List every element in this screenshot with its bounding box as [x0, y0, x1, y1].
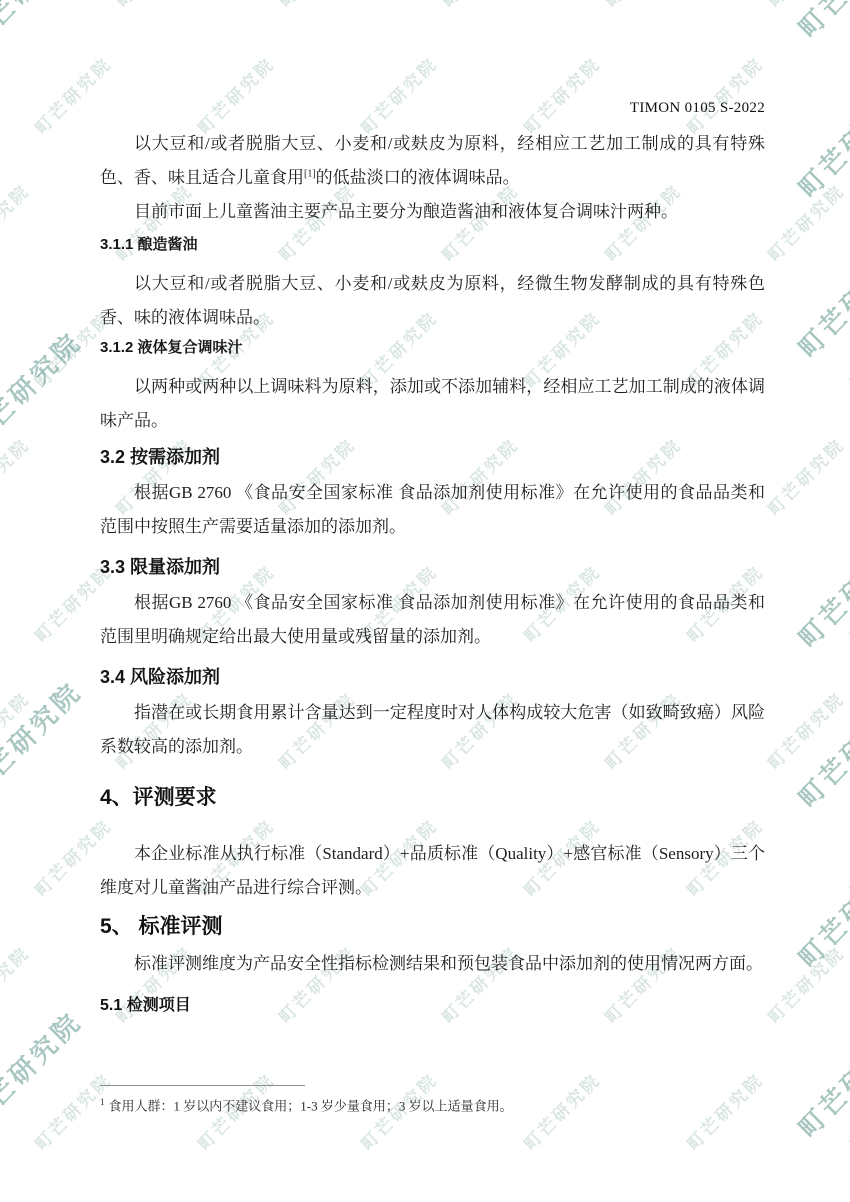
heading-5: 5、 标准评测	[100, 912, 765, 942]
watermark-text: 町芒研究院	[598, 0, 686, 12]
watermark-text: 町芒研究院	[272, 0, 360, 12]
heading-5-1: 5.1 检测项目	[100, 995, 765, 1017]
paragraph-4: 本企业标准从执行标准（Standard）+品质标准（Quality）+感官标准（…	[100, 837, 765, 905]
footnote: 1食用人群：1 岁以内不建议食用；1-3 岁少量食用；3 岁以上适量食用。	[100, 1092, 765, 1116]
heading-4: 4、评测要求	[100, 783, 765, 813]
intro-paragraph: 以大豆和/或者脱脂大豆、小麦和/或麸皮为原料，经相应工艺加工制成的具有特殊色、香…	[100, 127, 765, 195]
paragraph-3-4: 指潜在或长期食用累计含量达到一定程度时对人体构成较大危害（如致畸致癌）风险系数较…	[100, 696, 765, 764]
footnote-separator	[100, 1085, 305, 1086]
heading-3-1-2: 3.1.2 液体复合调味汁	[100, 337, 765, 359]
heading-3-2: 3.2 按需添加剂	[100, 444, 765, 470]
footnote-text: 食用人群：1 岁以内不建议食用；1-3 岁少量食用；3 岁以上适量食用。	[109, 1098, 513, 1113]
heading-3-3: 3.3 限量添加剂	[100, 554, 765, 580]
document-page: 町芒研究院町芒研究院町芒研究院町芒研究院町芒研究院町芒研究院町芒研究院町芒研究院…	[0, 0, 850, 1202]
paragraph-3-2: 根据GB 2760 《食品安全国家标准 食品添加剂使用标准》在允许使用的食品品类…	[100, 476, 765, 544]
watermark-text: 町芒研究院	[0, 0, 34, 12]
watermark-text: 町芒研究院	[435, 0, 523, 12]
page-content: TIMON 0105 S-2022 以大豆和/或者脱脂大豆、小麦和/或麸皮为原料…	[0, 100, 850, 1116]
watermark-text: 町芒研究院	[0, 0, 89, 55]
paragraph-3-1-2: 以两种或两种以上调味料为原料，添加或不添加辅料，经相应工艺加工制成的液体调味产品…	[100, 370, 765, 438]
paragraph-5: 标准评测维度为产品安全性指标检测结果和预包装食品中添加剂的使用情况两方面。	[100, 947, 765, 981]
intro-text-post: 的低盐淡口的液体调味品。	[316, 168, 520, 187]
watermark-text: 町芒研究院	[761, 0, 849, 12]
footnote-marker: 1	[100, 1097, 105, 1107]
watermark-text: 町芒研究院	[789, 0, 850, 45]
heading-3-1-1: 3.1.1 酿造酱油	[100, 234, 765, 256]
footnote-ref-1: [1]	[304, 168, 316, 179]
market-paragraph: 目前市面上儿童酱油主要产品主要分为酿造酱油和液体复合调味汁两种。	[100, 195, 765, 229]
paragraph-3-1-1: 以大豆和/或者脱脂大豆、小麦和/或麸皮为原料，经微生物发酵制成的具有特殊色香、味…	[100, 267, 765, 335]
standard-code: TIMON 0105 S-2022	[100, 100, 765, 117]
watermark-text: 町芒研究院	[109, 0, 197, 12]
heading-3-4: 3.4 风险添加剂	[100, 664, 765, 690]
paragraph-3-3: 根据GB 2760 《食品安全国家标准 食品添加剂使用标准》在允许使用的食品品类…	[100, 586, 765, 654]
